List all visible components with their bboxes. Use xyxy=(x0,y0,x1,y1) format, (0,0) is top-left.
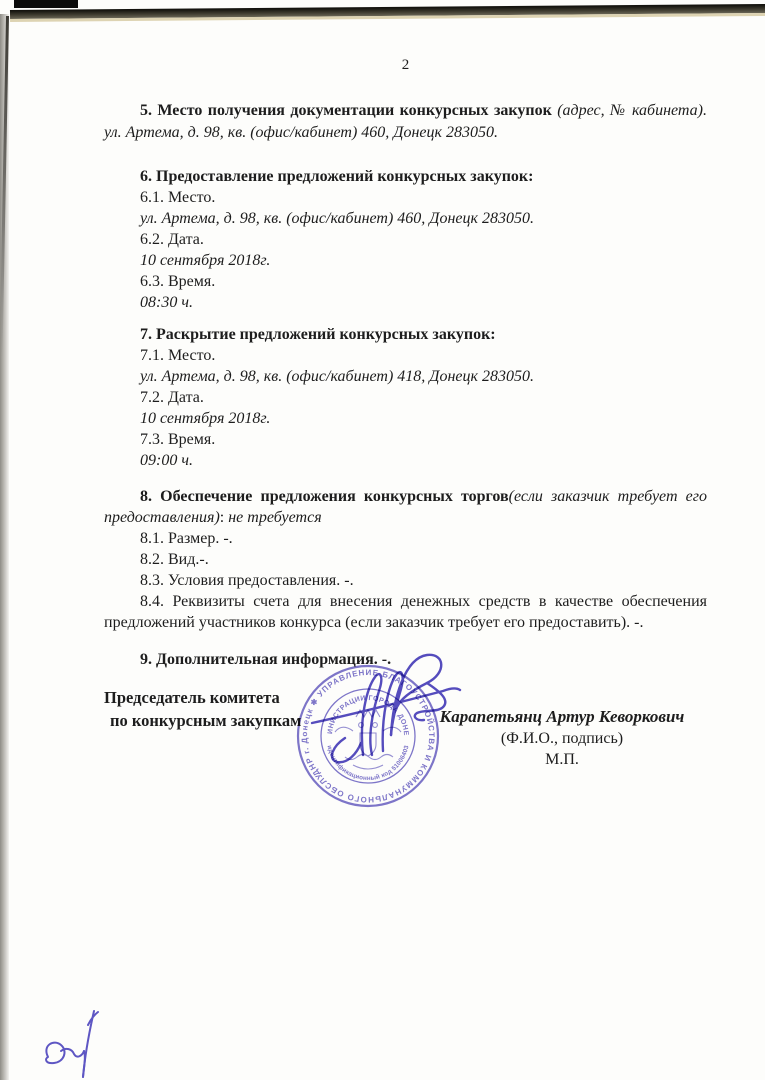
section-8-title: 8. Обеспечение предложения конкурсных то… xyxy=(140,488,509,505)
item-7-1-label: 7.1. Место. xyxy=(104,345,707,366)
item-8-1: 8.1. Размер. -. xyxy=(104,528,707,549)
chairman-signature xyxy=(305,643,473,773)
item-8-4: 8.4. Реквизиты счета для внесения денежн… xyxy=(104,591,707,633)
item-7-3-label: 7.3. Время. xyxy=(104,429,707,450)
signer-title-line1: Председатель комитета xyxy=(104,686,301,709)
section-5-paragraph: 5. Место получения документации конкурсн… xyxy=(104,100,707,144)
signer-title: Председатель комитета по конкурсным заку… xyxy=(104,686,301,732)
item-7-2-value: 10 сентября 2018г. xyxy=(104,408,707,429)
item-6-1-label: 6.1. Место. xyxy=(104,187,707,208)
item-6-1-value: ул. Артема, д. 98, кв. (офис/кабинет) 46… xyxy=(104,208,707,229)
corner-signature xyxy=(28,1007,113,1080)
scan-top-corner-artifact xyxy=(14,0,78,8)
item-6-2-value: 10 сентября 2018г. xyxy=(104,250,707,271)
item-7-1-value: ул. Артема, д. 98, кв. (офис/кабинет) 41… xyxy=(104,366,707,387)
item-8-3: 8.3. Условия предоставления. -. xyxy=(104,570,707,591)
section-8-separator: : xyxy=(220,509,228,526)
section-5-title: 5. Место получения документации конкурсн… xyxy=(140,102,552,119)
section-7: 7. Раскрытие предложений конкурсных заку… xyxy=(104,324,707,471)
item-6-3-value: 08:30 ч. xyxy=(104,292,707,313)
section-7-heading: 7. Раскрытие предложений конкурсных заку… xyxy=(104,324,707,345)
item-6-2-label: 6.2. Дата. xyxy=(104,229,707,250)
section-6: 6. Предоставление предложений конкурсных… xyxy=(104,166,707,313)
item-7-2-label: 7.2. Дата. xyxy=(104,387,707,408)
signer-title-line2: по конкурсным закупкам xyxy=(104,709,301,732)
section-6-heading: 6. Предоставление предложений конкурсных… xyxy=(104,166,707,187)
section-8-value: не требуется xyxy=(228,509,321,526)
item-8-2: 8.2. Вид.-. xyxy=(104,549,707,570)
item-7-3-value: 09:00 ч. xyxy=(104,450,707,471)
section-8-heading: 8. Обеспечение предложения конкурсных то… xyxy=(104,486,707,528)
section-8: 8. Обеспечение предложения конкурсных то… xyxy=(104,486,707,633)
item-6-3-label: 6.3. Время. xyxy=(104,271,707,292)
scanned-document-page: 2 5. Место получения документации конкур… xyxy=(0,0,765,1080)
page-number: 2 xyxy=(104,55,707,76)
